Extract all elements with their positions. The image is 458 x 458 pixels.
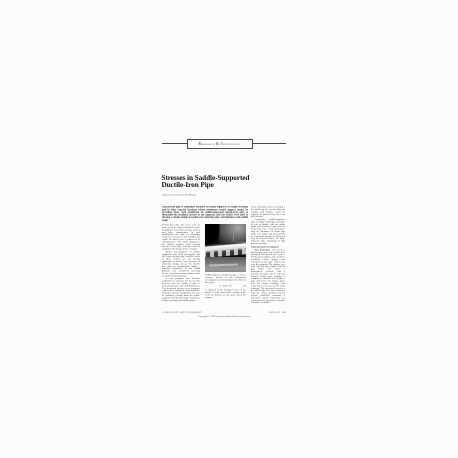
- body-paragraph: to the maximum stress occurring at the s…: [251, 206, 286, 218]
- equation-1-number: (1): [243, 285, 246, 288]
- photo-saddle-supported-pipe: [205, 224, 246, 272]
- photo-pole: [233, 225, 234, 240]
- body-paragraph: A test program was therefore undertaken …: [162, 277, 201, 301]
- equation-1-formula: S = K (P / t²): [205, 285, 246, 288]
- body-paragraph: Ductile-iron pipe has been used for many…: [162, 224, 201, 250]
- abstract: Ductile-iron pipe is frequently installe…: [162, 206, 248, 222]
- copyright-line: Copyright © 1986 American Water Works As…: [162, 315, 286, 320]
- column-1: Ductile-iron pipe has been used for many…: [162, 224, 201, 313]
- column-3: to the maximum stress occurring at the s…: [251, 206, 286, 313]
- body-paragraph: Earlier investigations of saddle-support…: [162, 250, 201, 276]
- body-paragraph: in which S is the localized stress at th…: [205, 289, 246, 299]
- column-2-text: in which S is the localized stress at th…: [205, 289, 246, 313]
- byline: Charles R. Ford and J.M. O'Brien: [162, 193, 252, 198]
- column-2: Saddle-supported ductile-iron pipe at a …: [205, 224, 246, 313]
- body-paragraph: Commonly, saddle-supported pipe at bridg…: [251, 218, 286, 244]
- article-title: Stresses in Saddle-Supported Ductile-Iro…: [162, 174, 262, 189]
- article-title-line2: Ductile-Iron Pipe: [162, 181, 262, 188]
- section-label: Research & Technology: [188, 140, 252, 148]
- equation-1: S = K (P / t²) (1): [205, 285, 246, 289]
- body-paragraph: Test procedure. Four sizes of ductile-ir…: [251, 249, 286, 304]
- section-label-box: Research & Technology: [187, 139, 253, 149]
- photo-tree-silhouette: [205, 224, 220, 247]
- photo-caption: Saddle-supported ductile-iron pipe at a …: [205, 274, 246, 285]
- journal-page: Research & Technology Stresses in Saddle…: [0, 0, 458, 458]
